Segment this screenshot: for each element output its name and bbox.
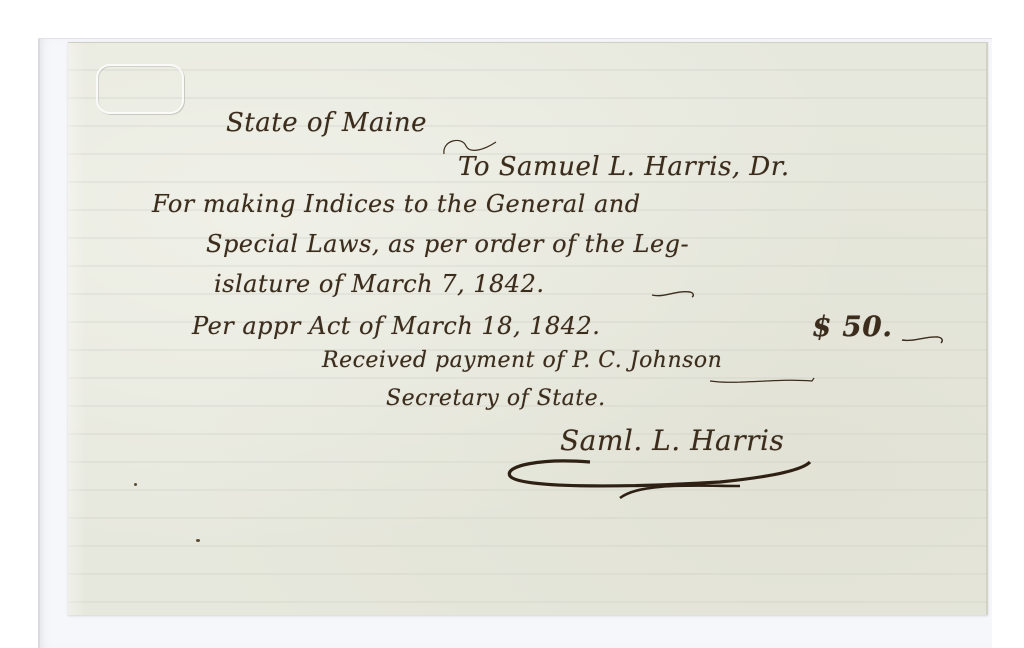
scan-canvas: State of Maine To Samuel L. Harris, Dr. … <box>0 0 1024 648</box>
appropriation-line: Per appr Act of March 18, 1842. <box>192 312 600 340</box>
underline-flourish-icon <box>708 376 818 386</box>
description-line-2: Special Laws, as per order of the Leg- <box>206 230 689 258</box>
dash-flourish-icon <box>650 286 696 300</box>
heading-state-of-maine: State of Maine <box>226 108 427 138</box>
description-line-1: For making Indices to the General and <box>152 190 641 218</box>
signature-flourish-icon <box>500 448 820 508</box>
ink-speck <box>196 539 200 542</box>
embossed-stamp-icon <box>96 64 184 114</box>
dash-flourish-icon <box>900 332 946 346</box>
ink-speck <box>134 483 137 486</box>
secretary-of-state-line: Secretary of State. <box>386 386 606 411</box>
payee-line: To Samuel L. Harris, Dr. <box>458 152 790 182</box>
amount: $ 50. <box>812 310 892 343</box>
received-payment-line: Received payment of P. C. Johnson <box>322 348 722 373</box>
description-line-3: islature of March 7, 1842. <box>214 270 544 298</box>
